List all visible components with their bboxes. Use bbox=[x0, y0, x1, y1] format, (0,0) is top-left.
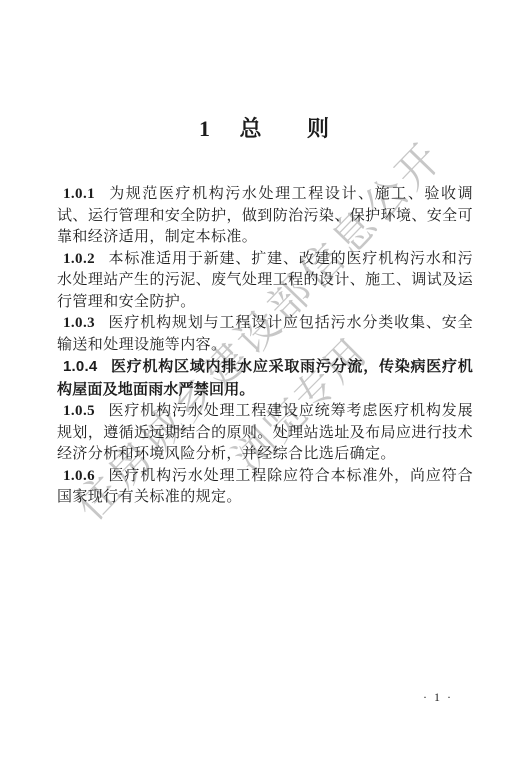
clause-1-0-5: 1.0.5医疗机构污水处理工程建设应统筹考虑医疗机构发展规划，遵循近远期结合的原… bbox=[57, 401, 473, 466]
clause-list: 1.0.1为规范医疗机构污水处理工程设计、施工、验收调试、运行管理和安全防护，做… bbox=[57, 184, 473, 509]
clause-number: 1.0.6 bbox=[63, 468, 95, 484]
clause-text: 本标准适用于新建、扩建、改建的医疗机构污水和污水处理站产生的污泥、废气处理工程的… bbox=[57, 251, 473, 310]
clause-text: 医疗机构规划与工程设计应包括污水分类收集、安全输送和处理设施等内容。 bbox=[57, 315, 473, 353]
chapter-title-char-2: 则 bbox=[307, 116, 330, 141]
clause-text: 医疗机构污水处理工程建设应统筹考虑医疗机构发展规划，遵循近远期结合的原则。处理站… bbox=[57, 403, 473, 462]
chapter-title-char-1: 总 bbox=[239, 116, 262, 141]
clause-text: 医疗机构区域内排水应采取雨污分流，传染病医疗机构屋面及地面雨水严禁回用。 bbox=[57, 358, 473, 398]
page-number: · 1 · bbox=[423, 690, 453, 705]
chapter-number: 1 bbox=[199, 116, 211, 141]
clause-text: 为规范医疗机构污水处理工程设计、施工、验收调试、运行管理和安全防护，做到防治污染… bbox=[57, 186, 473, 245]
clause-1-0-4: 1.0.4医疗机构区域内排水应采取雨污分流，传染病医疗机构屋面及地面雨水严禁回用… bbox=[57, 356, 473, 401]
document-page: 住房城乡建设部信息公开 浏览专用 1 总 则 1.0.1为规范医疗机构污水处理工… bbox=[0, 0, 529, 767]
clause-number: 1.0.3 bbox=[63, 315, 95, 331]
clause-text: 医疗机构污水处理工程除应符合本标准外，尚应符合国家现行有关标准的规定。 bbox=[57, 468, 473, 506]
clause-number: 1.0.2 bbox=[63, 251, 95, 267]
clause-1-0-1: 1.0.1为规范医疗机构污水处理工程设计、施工、验收调试、运行管理和安全防护，做… bbox=[57, 184, 473, 249]
clause-1-0-3: 1.0.3医疗机构规划与工程设计应包括污水分类收集、安全输送和处理设施等内容。 bbox=[57, 313, 473, 356]
clause-1-0-6: 1.0.6医疗机构污水处理工程除应符合本标准外，尚应符合国家现行有关标准的规定。 bbox=[57, 466, 473, 509]
clause-number: 1.0.4 bbox=[63, 358, 97, 375]
chapter-title: 1 总 则 bbox=[0, 112, 529, 143]
clause-number: 1.0.1 bbox=[63, 186, 95, 202]
clause-1-0-2: 1.0.2本标准适用于新建、扩建、改建的医疗机构污水和污水处理站产生的污泥、废气… bbox=[57, 249, 473, 314]
clause-number: 1.0.5 bbox=[63, 403, 95, 419]
